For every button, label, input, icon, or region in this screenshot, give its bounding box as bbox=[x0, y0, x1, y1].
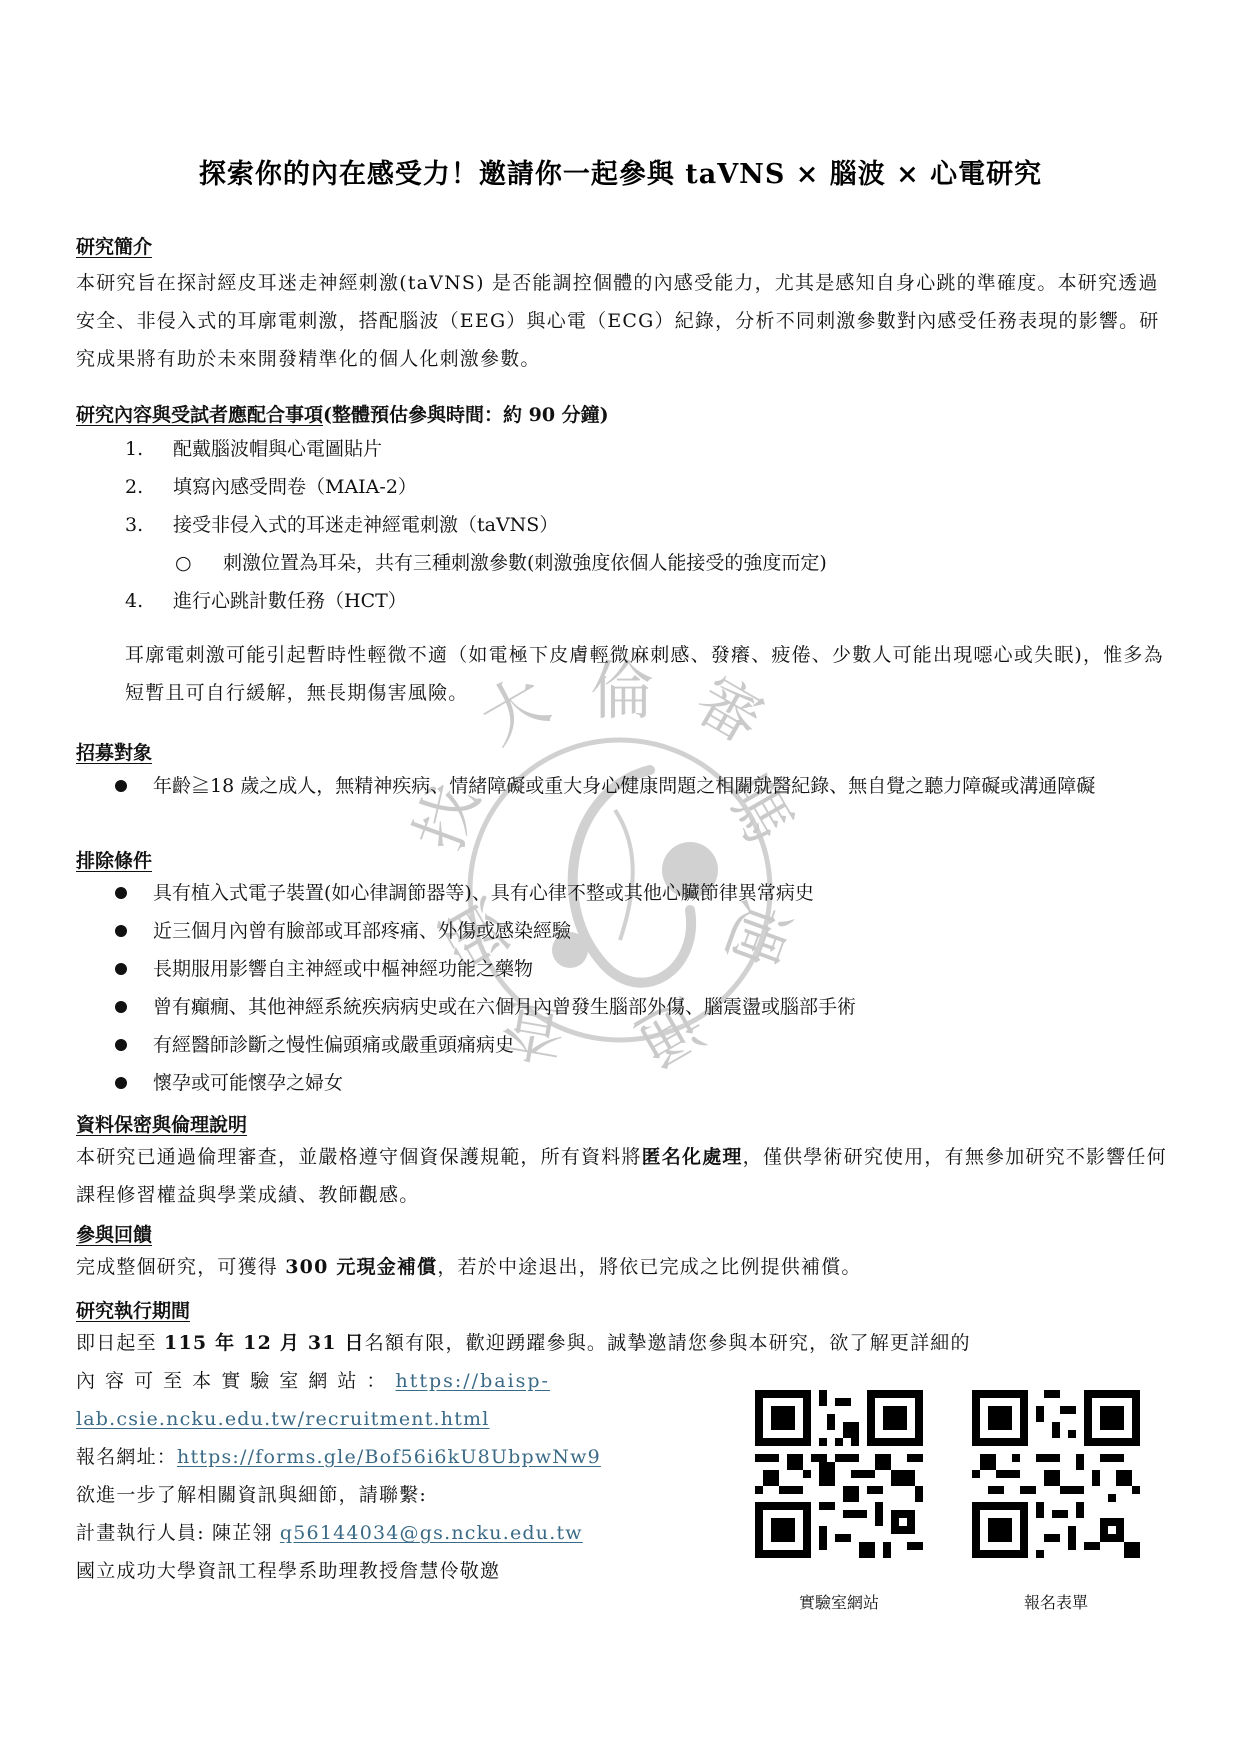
list-item-text: 有經醫師診斷之慢性偏頭痛或嚴重頭痛病史 bbox=[153, 1026, 1175, 1064]
contact-email-link[interactable]: q56144034@gs.ncku.edu.tw bbox=[280, 1522, 583, 1544]
list-item: 具有植入式電子裝置(如心律調節器等)、具有心律不整或其他心臟節律異常病史 bbox=[115, 874, 1175, 912]
lab-website-qr-caption: 實驗室網站 bbox=[754, 1590, 924, 1613]
compensation-amount: 300 bbox=[285, 1256, 328, 1278]
period-month-unit: 月 bbox=[272, 1332, 308, 1354]
step-number: 2. bbox=[125, 468, 173, 506]
bullet-icon bbox=[115, 950, 153, 988]
bullet-icon bbox=[115, 874, 153, 912]
list-item-text: 年齡≧18 歲之成人，無精神疾病、情緒障礙或重大身心健康問題之相關就醫紀錄、無自… bbox=[153, 767, 1175, 805]
list-item: 有經醫師診斷之慢性偏頭痛或嚴重頭痛病史 bbox=[115, 1026, 1175, 1064]
contact-label: 計畫執行人員: 陳芷翎 bbox=[76, 1522, 280, 1544]
privacy-text-before: 本研究已通過倫理審查，並嚴格遵守個資保護規範，所有資料將 bbox=[76, 1146, 642, 1168]
procedure-heading-main: 研究內容與受試者應配合事項 bbox=[76, 404, 323, 426]
compensation-text-before: 完成整個研究，可獲得 bbox=[76, 1256, 285, 1278]
procedure-step: 2. 填寫內感受問卷（MAIA-2） bbox=[125, 468, 827, 506]
list-item: 長期服用影響自主神經或中樞神經功能之藥物 bbox=[115, 950, 1175, 988]
list-item: 年齡≧18 歲之成人，無精神疾病、情緒障礙或重大身心健康問題之相關就醫紀錄、無自… bbox=[115, 767, 1175, 805]
list-item-text: 懷孕或可能懷孕之婦女 bbox=[153, 1064, 1175, 1102]
compensation-text-after: ，若於中途退出，將依已完成之比例提供補償。 bbox=[437, 1256, 861, 1278]
step-text: 進行心跳計數任務（HCT） bbox=[173, 582, 407, 620]
procedure-sub-bullet: ○ 刺激位置為耳朵，共有三種刺激參數(刺激強度依個人能接受的強度而定) bbox=[125, 544, 827, 582]
signup-line: 報名網址：https://forms.gle/Bof56i6kU8UbpwNw9 bbox=[76, 1438, 726, 1476]
privacy-text-bold: 匿名化處理 bbox=[642, 1146, 743, 1168]
period-month: 12 bbox=[243, 1332, 272, 1354]
risk-note: 耳廓電刺激可能引起暫時性輕微不適（如電極下皮膚輕微麻刺感、發癢、疲倦、少數人可能… bbox=[125, 636, 1165, 712]
list-item-text: 近三個月內曾有臉部或耳部疼痛、外傷或感染經驗 bbox=[153, 912, 1175, 950]
recruitment-list: 年齡≧18 歲之成人，無精神疾病、情緒障礙或重大身心健康問題之相關就醫紀錄、無自… bbox=[115, 767, 1175, 805]
intro-heading: 研究簡介 bbox=[76, 232, 152, 259]
procedure-step: 3. 接受非侵入式的耳迷走神經電刺激（taVNS） bbox=[125, 506, 827, 544]
lab-website-link-continued[interactable]: lab.csie.ncku.edu.tw/recruitment.html bbox=[76, 1408, 490, 1430]
step-number: 3. bbox=[125, 506, 173, 544]
contact-line: 計畫執行人員: 陳芷翎 q56144034@gs.ncku.edu.tw bbox=[76, 1514, 726, 1552]
procedure-heading-duration: (整體預估參與時間：約 90 分鐘) bbox=[323, 404, 609, 426]
list-item: 曾有癲癇、其他神經系統疾病病史或在六個月內曾發生腦部外傷、腦震盪或腦部手術 bbox=[115, 988, 1175, 1026]
lab-website-label: 內 容 可 至 本 實 驗 室 網 站 ： bbox=[76, 1370, 387, 1392]
hollow-bullet-icon: ○ bbox=[175, 544, 223, 582]
bullet-icon bbox=[115, 1026, 153, 1064]
bullet-icon bbox=[115, 988, 153, 1026]
privacy-text: 本研究已通過倫理審查，並嚴格遵守個資保護規範，所有資料將匿名化處理，僅供學術研究… bbox=[76, 1138, 1171, 1214]
flyer-page: 倫 審 嗎 過 通 查 頭 找 大 探索你的內在感受力！邀請你一起參與 taVN… bbox=[0, 0, 1241, 1755]
step-text: 配戴腦波帽與心電圖貼片 bbox=[173, 430, 382, 468]
lab-website-line-2: lab.csie.ncku.edu.tw/recruitment.html bbox=[76, 1400, 726, 1438]
step-text: 填寫內感受問卷（MAIA-2） bbox=[173, 468, 417, 506]
list-item-text: 曾有癲癇、其他神經系統疾病病史或在六個月內曾發生腦部外傷、腦震盪或腦部手術 bbox=[153, 988, 1175, 1026]
procedure-heading: 研究內容與受試者應配合事項(整體預估參與時間：約 90 分鐘) bbox=[76, 400, 609, 427]
compensation-text: 完成整個研究，可獲得 300 元現金補償，若於中途退出，將依已完成之比例提供補償… bbox=[76, 1248, 1171, 1286]
procedure-step: 1. 配戴腦波帽與心電圖貼片 bbox=[125, 430, 827, 468]
invitation-line: 國立成功大學資訊工程學系助理教授詹慧伶敬邀 bbox=[76, 1552, 726, 1590]
exclusion-heading: 排除條件 bbox=[76, 846, 152, 873]
period-year-unit: 年 bbox=[207, 1332, 243, 1354]
signup-form-qr-code[interactable] bbox=[972, 1390, 1140, 1558]
list-item: 近三個月內曾有臉部或耳部疼痛、外傷或感染經驗 bbox=[115, 912, 1175, 950]
recruitment-heading: 招募對象 bbox=[76, 738, 152, 765]
qr-code-icon bbox=[755, 1390, 923, 1558]
step-text: 接受非侵入式的耳迷走神經電刺激（taVNS） bbox=[173, 506, 558, 544]
period-text: 即日起至 115 年 12 月 31 日名額有限，歡迎踴躍參與。誠摯邀請您參與本… bbox=[76, 1324, 1171, 1362]
period-text-after: 名額有限，歡迎踴躍參與。誠摯邀請您參與本研究，欲了解更詳細的 bbox=[365, 1332, 971, 1354]
bullet-icon bbox=[115, 767, 153, 805]
list-item-text: 長期服用影響自主神經或中樞神經功能之藥物 bbox=[153, 950, 1175, 988]
period-heading: 研究執行期間 bbox=[76, 1296, 190, 1323]
period-prefix: 即日起至 bbox=[76, 1332, 164, 1354]
exclusion-list: 具有植入式電子裝置(如心律調節器等)、具有心律不整或其他心臟節律異常病史 近三個… bbox=[115, 874, 1175, 1102]
contact-intro: 欲進一步了解相關資訊與細節，請聯繫: bbox=[76, 1476, 726, 1514]
period-day-unit: 日 bbox=[337, 1332, 365, 1354]
period-day: 31 bbox=[308, 1332, 337, 1354]
sub-bullet-text: 刺激位置為耳朵，共有三種刺激參數(刺激強度依個人能接受的強度而定) bbox=[223, 544, 827, 582]
period-year: 115 bbox=[164, 1332, 207, 1354]
signup-link[interactable]: https://forms.gle/Bof56i6kU8UbpwNw9 bbox=[177, 1446, 601, 1468]
intro-text: 本研究旨在探討經皮耳迷走神經刺激(taVNS) 是否能調控個體的內感受能力，尤其… bbox=[76, 264, 1171, 378]
flyer-title: 探索你的內在感受力！邀請你一起參與 taVNS × 腦波 × 心電研究 bbox=[0, 152, 1241, 191]
compensation-text-bold: 元現金補償 bbox=[329, 1256, 438, 1278]
procedure-steps: 1. 配戴腦波帽與心電圖貼片 2. 填寫內感受問卷（MAIA-2） 3. 接受非… bbox=[125, 430, 827, 620]
signup-form-qr-caption: 報名表單 bbox=[971, 1590, 1141, 1613]
signup-label: 報名網址： bbox=[76, 1446, 177, 1468]
list-item-text: 具有植入式電子裝置(如心律調節器等)、具有心律不整或其他心臟節律異常病史 bbox=[153, 874, 1175, 912]
bullet-icon bbox=[115, 912, 153, 950]
compensation-heading: 參與回饋 bbox=[76, 1220, 152, 1247]
privacy-heading: 資料保密與倫理說明 bbox=[76, 1110, 247, 1137]
lab-website-qr-code[interactable] bbox=[755, 1390, 923, 1558]
step-number: 1. bbox=[125, 430, 173, 468]
step-number: 4. bbox=[125, 582, 173, 620]
procedure-step: 4. 進行心跳計數任務（HCT） bbox=[125, 582, 827, 620]
qr-code-icon bbox=[972, 1390, 1140, 1558]
list-item: 懷孕或可能懷孕之婦女 bbox=[115, 1064, 1175, 1102]
bullet-icon bbox=[115, 1064, 153, 1102]
lab-website-line: 內 容 可 至 本 實 驗 室 網 站 ： https://baisp- bbox=[76, 1362, 726, 1400]
lab-website-link[interactable]: https://baisp- bbox=[395, 1370, 550, 1392]
